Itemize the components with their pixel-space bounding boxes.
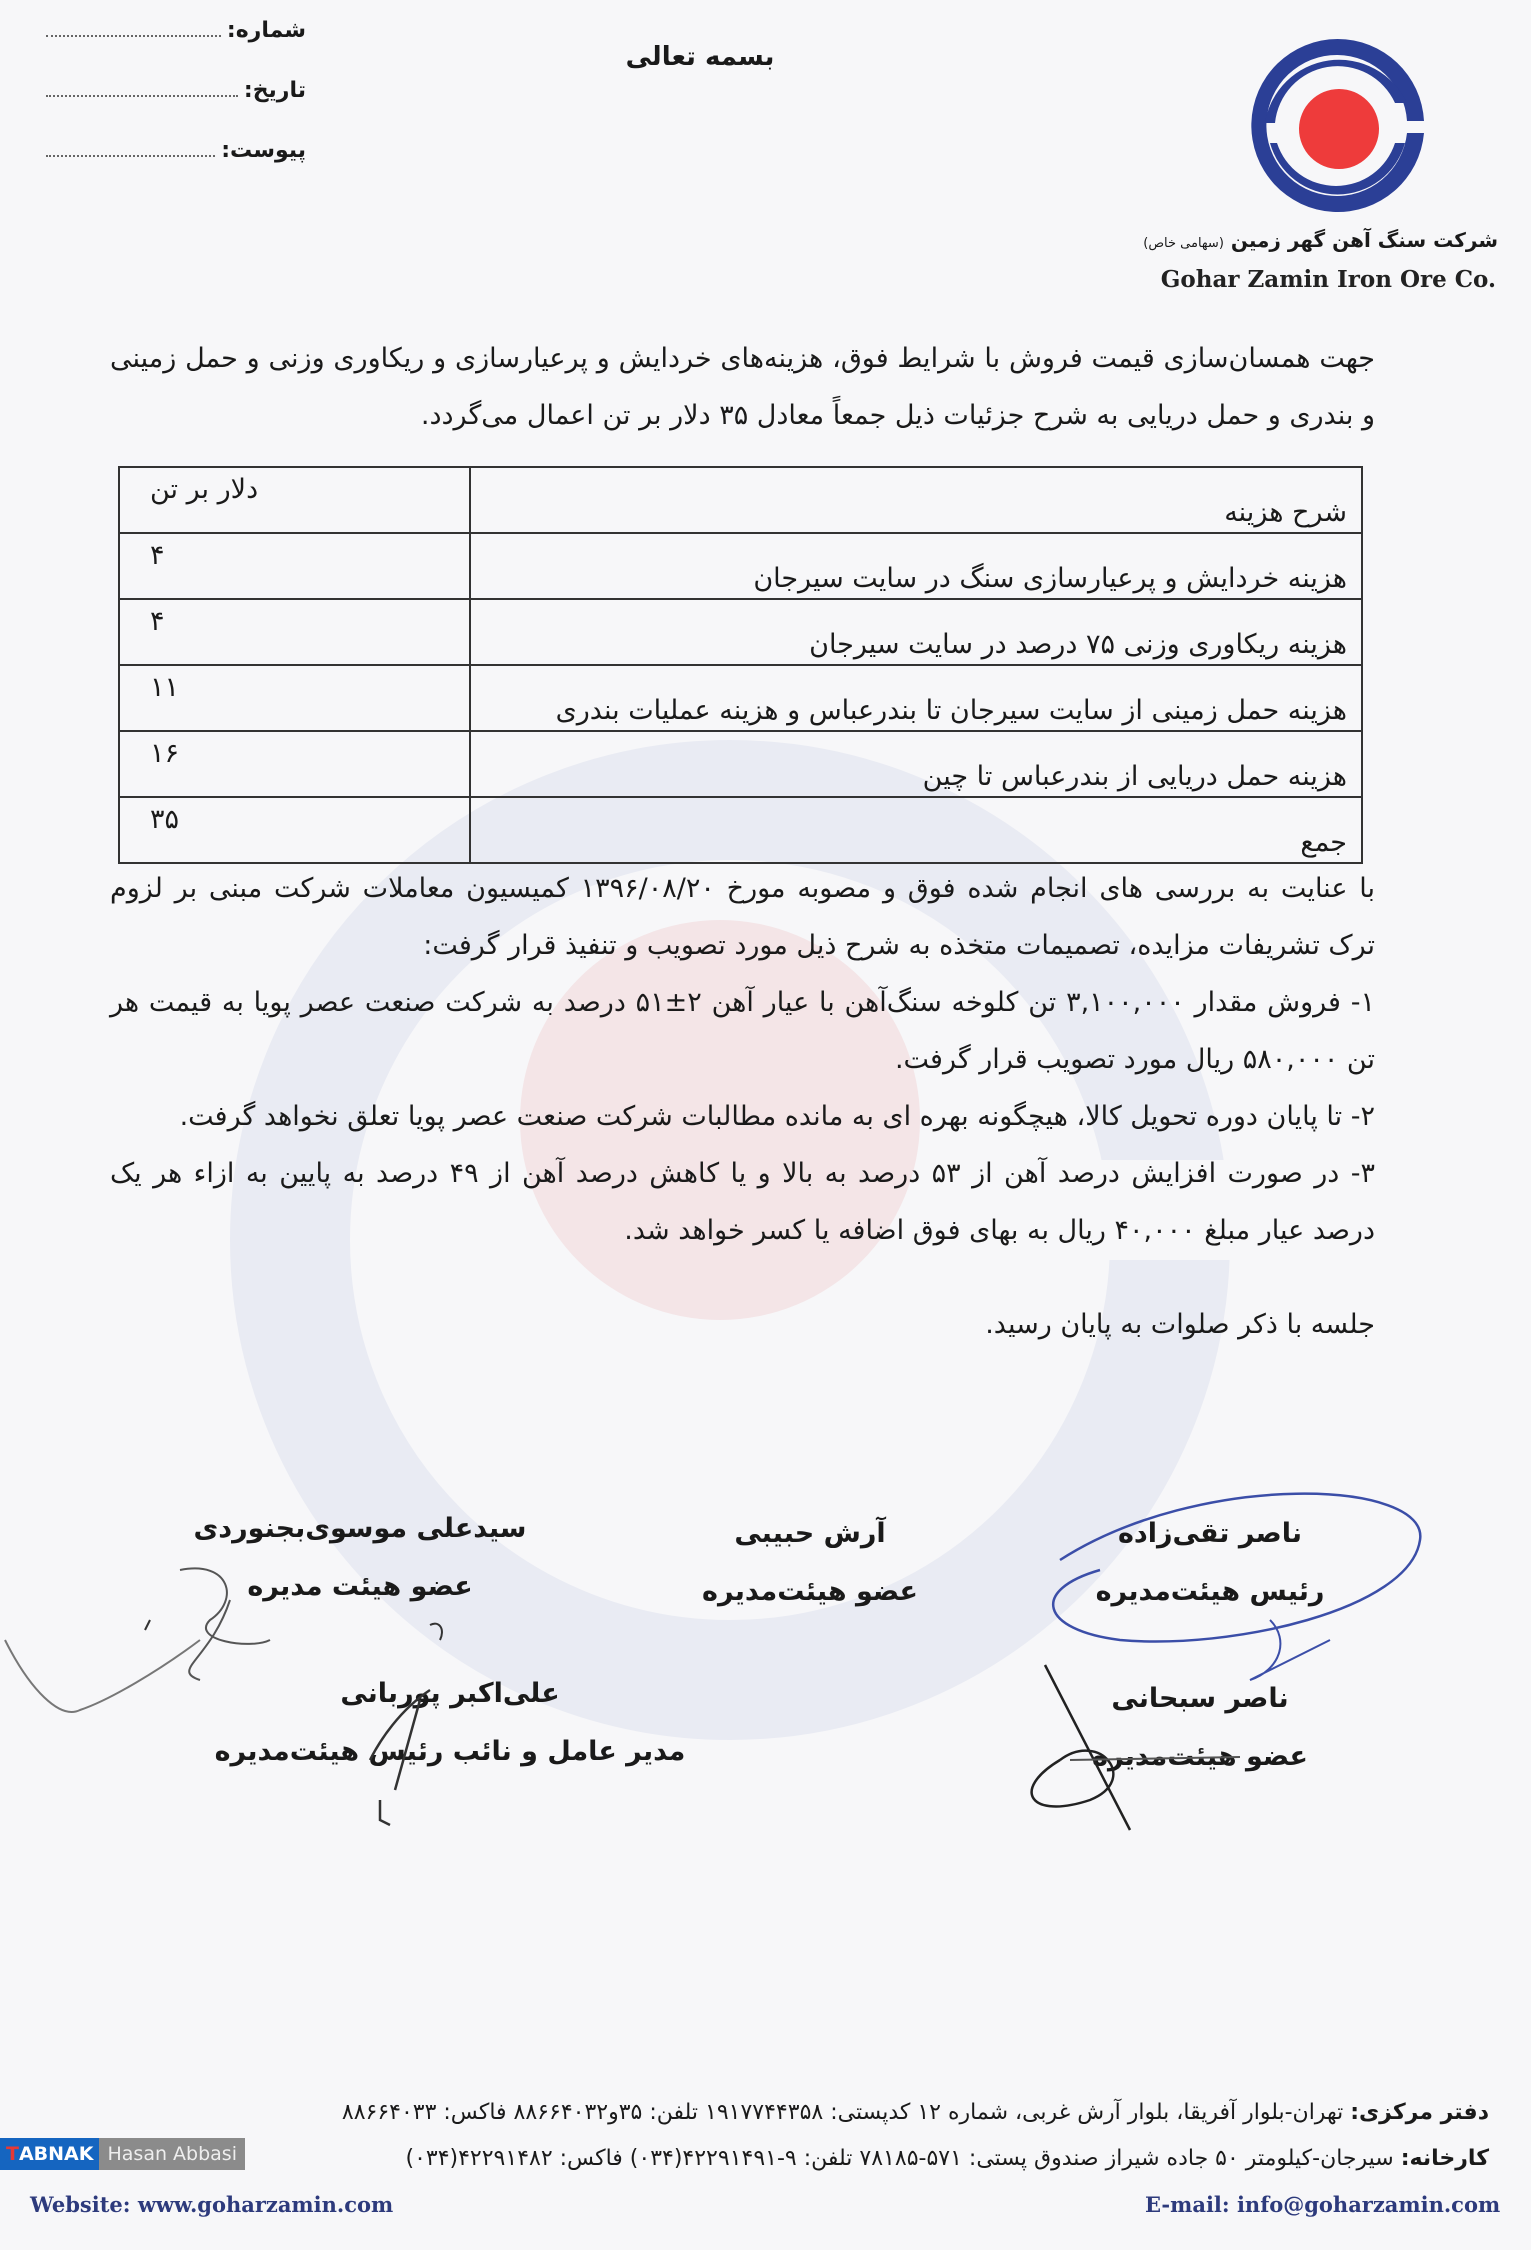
intro-paragraph: جهت همسان‌سازی قیمت فروش با شرایط فوق، ه… [110, 330, 1375, 444]
row-description: هزینه حمل دریایی از بندرعباس تا چین [470, 731, 1362, 797]
closing-line: جلسه با ذکر صلوات به پایان رسید. [110, 1296, 1375, 1353]
hq-label: دفتر مرکزی: [1350, 2100, 1489, 2125]
signatory-board-member: ناصر سبحانی عضو هیئت‌مدیره [1070, 1670, 1330, 1786]
attachment-label: پیوست: [221, 138, 306, 163]
signatory-chairman: ناصر تقی‌زاده رئیس هیئت‌مدیره [1080, 1505, 1340, 1621]
date-field: تاریخ: [46, 78, 306, 103]
row-description: هزینه ریکاوری وزنی ۷۵ درصد در سایت سیرجا… [470, 599, 1362, 665]
date-line [46, 81, 238, 97]
number-line [46, 21, 221, 37]
decision-item-2: ۲- تا پایان دوره تحویل کالا، هیچگونه بهر… [110, 1088, 1375, 1145]
hq-text: تهران-بلوار آفریقا، بلوار آرش غربی، شمار… [342, 2100, 1343, 2125]
number-field: شماره: [46, 18, 306, 43]
cost-table: شرح هزینه دلار بر تن هزینه خردایش و پرعی… [118, 466, 1363, 864]
attachment-line [46, 141, 215, 157]
row-amount: ۱۶ [119, 731, 470, 797]
number-label: شماره: [227, 18, 306, 43]
invocation-heading: بسمه تعالی [600, 42, 800, 72]
decision-item-3: ۳- در صورت افزایش درصد آهن از ۵۳ درصد به… [110, 1145, 1375, 1259]
table-row: هزینه حمل زمینی از سایت سیرجان تا بندرعب… [119, 665, 1362, 731]
attachment-field: پیوست: [46, 138, 306, 163]
company-name-en: Gohar Zamin Iron Ore Co. [1161, 266, 1496, 293]
signatory-title: رئیس هیئت‌مدیره [1080, 1563, 1340, 1621]
company-type: (سهامی خاص) [1143, 236, 1224, 251]
footer-email-link[interactable]: E-mail: info@goharzamin.com [1145, 2192, 1500, 2217]
header-description: شرح هزینه [470, 467, 1362, 533]
total-amount: ۳۵ [119, 797, 470, 863]
signatory-name: ناصر سبحانی [1070, 1670, 1330, 1728]
signatory-name: ناصر تقی‌زاده [1080, 1505, 1340, 1563]
tabnak-watermark-badge: TABNAK Hasan Abbasi [0, 2138, 245, 2170]
signatory-name: آرش حبیبی [680, 1505, 940, 1563]
signatory-title: عضو هیئت‌مدیره [1070, 1728, 1330, 1786]
row-description: هزینه خردایش و پرعیارسازی سنگ در سایت سی… [470, 533, 1362, 599]
header-amount: دلار بر تن [119, 467, 470, 533]
signatory-board-member: آرش حبیبی عضو هیئت‌مدیره [680, 1505, 940, 1621]
tabnak-brand: TABNAK [0, 2138, 99, 2170]
table-row: هزینه حمل دریایی از بندرعباس تا چین ۱۶ [119, 731, 1362, 797]
table-total-row: جمع ۳۵ [119, 797, 1362, 863]
row-amount: ۴ [119, 599, 470, 665]
footer-hq-address: دفتر مرکزی: تهران-بلوار آفریقا، بلوار آر… [342, 2100, 1489, 2125]
company-name-fa: شرکت سنگ آهن گهر زمین (سهامی خاص) [1143, 228, 1498, 252]
decision-item-1: ۱- فروش مقدار ۳,۱۰۰,۰۰۰ تن کلوخه سنگ‌آهن… [110, 974, 1375, 1088]
signatory-title: عضو هیئت مدیره [180, 1558, 540, 1616]
signatory-name: علی‌اکبر پوربانی [190, 1665, 710, 1723]
footer-website-link[interactable]: Website: www.goharzamin.com [30, 2192, 393, 2217]
signatory-ceo: علی‌اکبر پوربانی مدیر عامل و نائب رئیس ه… [190, 1665, 710, 1781]
decision-intro-paragraph: با عنایت به بررسی های انجام شده فوق و مص… [110, 860, 1375, 974]
total-label: جمع [470, 797, 1362, 863]
table-row: هزینه ریکاوری وزنی ۷۵ درصد در سایت سیرجا… [119, 599, 1362, 665]
signatory-title: مدیر عامل و نائب رئیس هیئت‌مدیره [190, 1723, 710, 1781]
table-header-row: شرح هزینه دلار بر تن [119, 467, 1362, 533]
signatory-title: عضو هیئت‌مدیره [680, 1563, 940, 1621]
photo-author: Hasan Abbasi [99, 2138, 245, 2170]
date-label: تاریخ: [244, 78, 306, 103]
factory-text: سیرجان-کیلومتر ۵۰ جاده شیراز صندوق پستی:… [405, 2146, 1393, 2171]
footer-factory-address: کارخانه: سیرجان-کیلومتر ۵۰ جاده شیراز صن… [405, 2146, 1489, 2171]
signatory-board-member: سیدعلی موسوی‌بجنوردی عضو هیئت مدیره [180, 1500, 540, 1616]
row-amount: ۱۱ [119, 665, 470, 731]
signatory-name: سیدعلی موسوی‌بجنوردی [180, 1500, 540, 1558]
row-amount: ۴ [119, 533, 470, 599]
table-row: هزینه خردایش و پرعیارسازی سنگ در سایت سی… [119, 533, 1362, 599]
company-logo-icon [1245, 33, 1430, 218]
factory-label: کارخانه: [1401, 2146, 1489, 2171]
row-description: هزینه حمل زمینی از سایت سیرجان تا بندرعب… [470, 665, 1362, 731]
